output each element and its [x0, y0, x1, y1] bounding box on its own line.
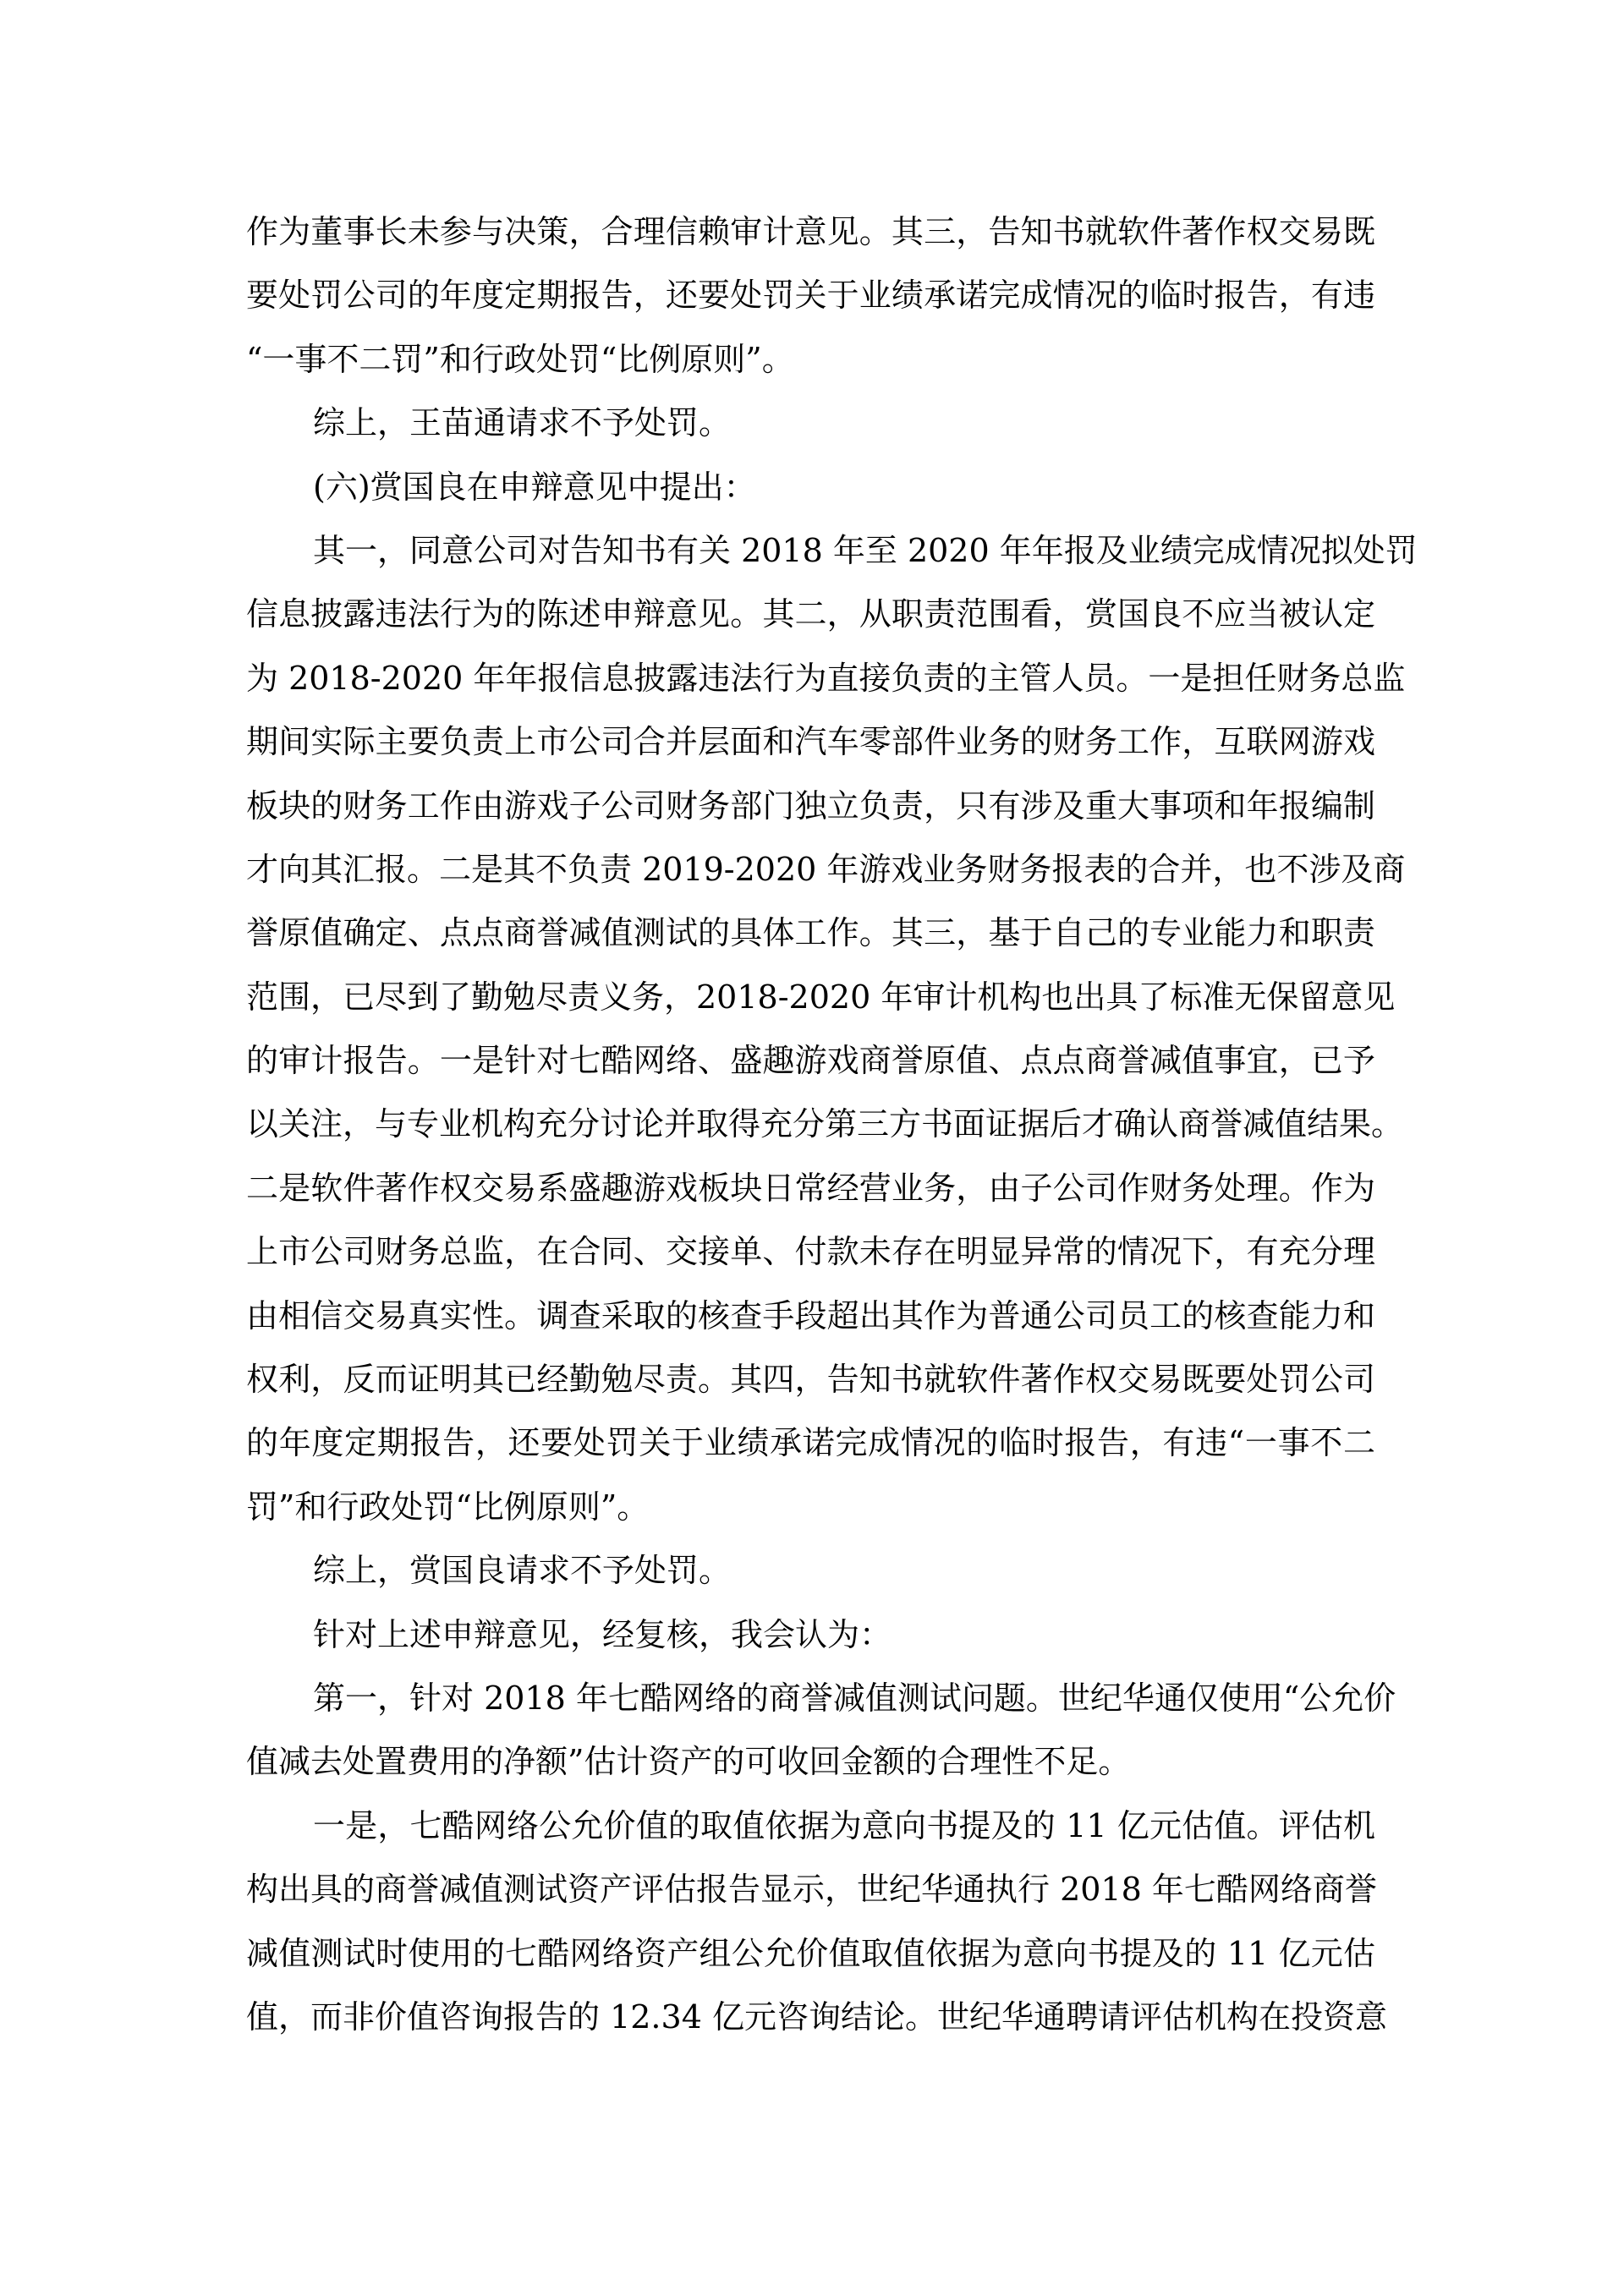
text-line: 构出具的商誉减值测试资产评估报告显示，世纪华通执行 2018 年七酷网络商誉: [246, 1858, 1375, 1921]
text-line: 二是软件著作权交易系盛趣游戏板块日常经营业务，由子公司作财务处理。作为: [246, 1157, 1375, 1220]
text-line: 值减去处置费用的净额”估计资产的可收回金额的合理性不足。: [246, 1730, 1375, 1794]
text-line: 作为董事长未参与决策，合理信赖审计意见。其三，告知书就软件著作权交易既: [246, 200, 1375, 264]
text-line: 的年度定期报告，还要处罚关于业绩承诺完成情况的临时报告，有违“一事不二: [246, 1411, 1375, 1475]
paragraph-start-line: 一是，七酷网络公允价值的取值依据为意向书提及的 11 亿元估值。评估机: [246, 1795, 1375, 1858]
text-line: “一事不二罚”和行政处罚“比例原则”。: [246, 328, 1375, 392]
paragraph-start-line: 第一，针对 2018 年七酷网络的商誉减值测试问题。世纪华通仅使用“公允价: [246, 1667, 1375, 1730]
text-line: 为 2018-2020 年年报信息披露违法行为直接负责的主管人员。一是担任财务总…: [246, 647, 1375, 710]
text-line: 权利，反而证明其已经勤勉尽责。其四，告知书就软件著作权交易既要处罚公司: [246, 1348, 1375, 1411]
document-body: 作为董事长未参与决策，合理信赖审计意见。其三，告知书就软件著作权交易既 要处罚公…: [246, 200, 1375, 2049]
text-line: 以关注，与专业机构充分讨论并取得充分第三方书面证据后才确认商誉减值结果。: [246, 1093, 1375, 1156]
text-line: 减值测试时使用的七酷网络资产组公允价值取值依据为意向书提及的 11 亿元估: [246, 1922, 1375, 1986]
text-line: 信息披露违法行为的陈述申辩意见。其二，从职责范围看，赏国良不应当被认定: [246, 583, 1375, 646]
text-line: 期间实际主要负责上市公司合并层面和汽车零部件业务的财务工作，互联网游戏: [246, 710, 1375, 774]
text-line: 板块的财务工作由游戏子公司财务部门独立负责，只有涉及重大事项和年报编制: [246, 775, 1375, 838]
paragraph-start-line: 其一，同意公司对告知书有关 2018 年至 2020 年年报及业绩完成情况拟处罚: [246, 519, 1375, 583]
paragraph-start-line: 综上，赏国良请求不予处罚。: [246, 1539, 1375, 1603]
text-line: 由相信交易真实性。调查采取的核查手段超出其作为普通公司员工的核查能力和: [246, 1285, 1375, 1348]
text-line: 上市公司财务总监，在合同、交接单、付款未存在明显异常的情况下，有充分理: [246, 1220, 1375, 1284]
document-page: 作为董事长未参与决策，合理信赖审计意见。其三，告知书就软件著作权交易既 要处罚公…: [0, 0, 1624, 2296]
text-line: 的审计报告。一是针对七酷网络、盛趣游戏商誉原值、点点商誉减值事宜，已予: [246, 1029, 1375, 1093]
text-line: 才向其汇报。二是其不负责 2019-2020 年游戏业务财务报表的合并，也不涉及…: [246, 838, 1375, 901]
paragraph-start-line: 针对上述申辩意见，经复核，我会认为：: [246, 1603, 1375, 1667]
text-line: 值，而非价值咨询报告的 12.34 亿元咨询结论。世纪华通聘请评估机构在投资意: [246, 1986, 1375, 2049]
text-line: 范围，已尽到了勤勉尽责义务，2018-2020 年审计机构也出具了标准无保留意见: [246, 966, 1375, 1029]
text-line: 誉原值确定、点点商誉减值测试的具体工作。其三，基于自己的专业能力和职责: [246, 901, 1375, 965]
text-line: 要处罚公司的年度定期报告，还要处罚关于业绩承诺完成情况的临时报告，有违: [246, 264, 1375, 327]
paragraph-start-line: 综上，王苗通请求不予处罚。: [246, 392, 1375, 455]
text-line: 罚”和行政处罚“比例原则”。: [246, 1476, 1375, 1539]
section-heading: (六)赏国良在申辩意见中提出：: [246, 456, 1375, 519]
